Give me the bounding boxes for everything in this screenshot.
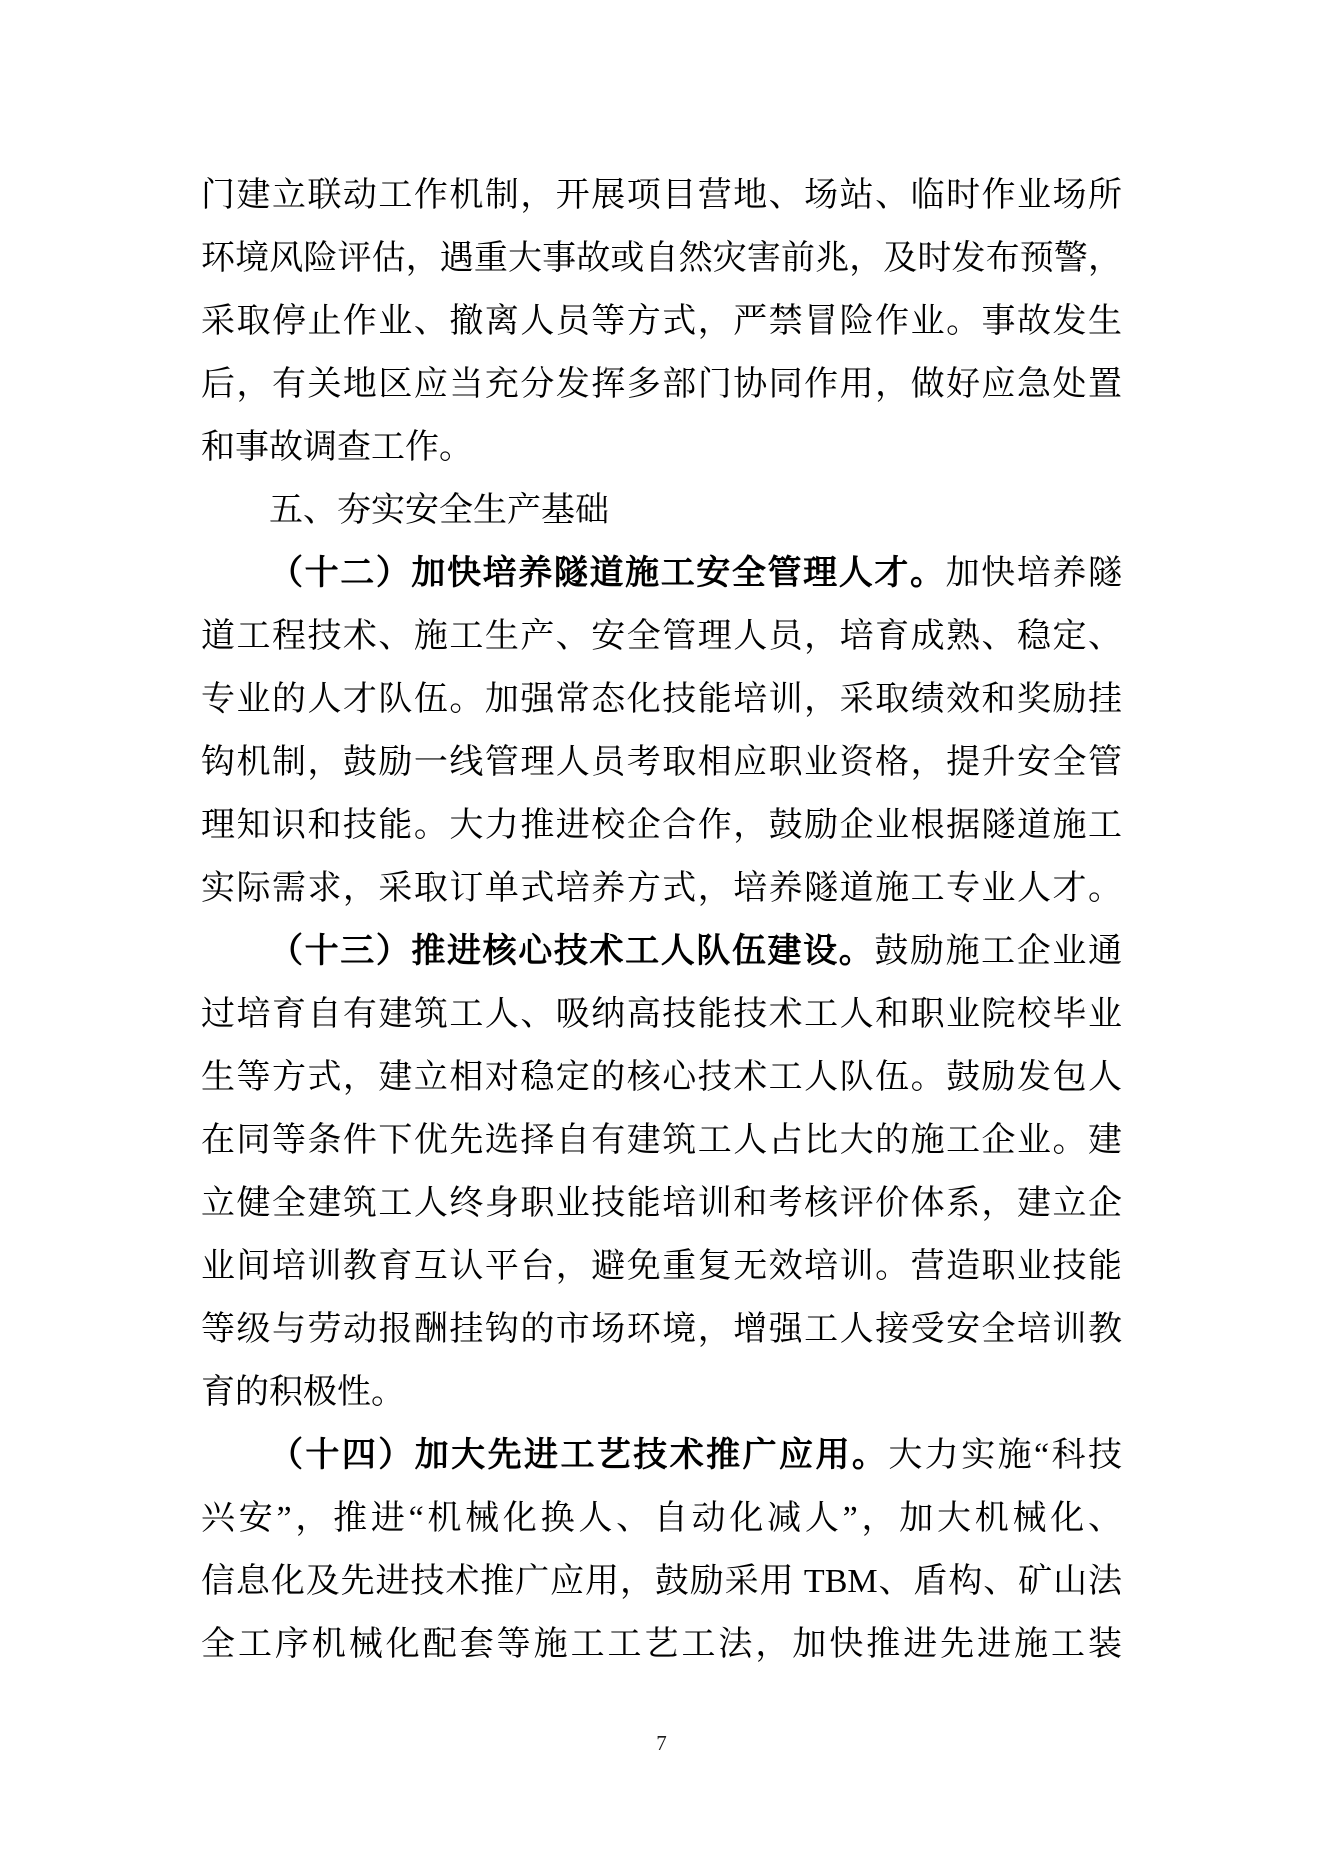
body-line: 生等方式，建立相对稳定的核心技术工人队伍。鼓励发包人 (201, 1046, 1122, 1109)
body-text: 专业的人才队伍。加强常态化技能培训，采取绩效和奖励挂 (201, 681, 1122, 718)
section-heading-text: 五、夯实安全生产基础 (269, 492, 609, 529)
body-line: 等级与劳动报酬挂钩的市场环境，增强工人接受安全培训教 (201, 1298, 1122, 1361)
body-line: 业间培训教育互认平台，避免重复无效培训。营造职业技能 (201, 1235, 1122, 1298)
body-line: 道工程技术、施工生产、安全管理人员，培育成熟、稳定、 (201, 605, 1122, 668)
body-line: 钩机制，鼓励一线管理人员考取相应职业资格，提升安全管 (201, 731, 1122, 794)
body-line: 和事故调查工作。 (201, 416, 1122, 479)
body-text: 大力实施“科技 (888, 1437, 1122, 1474)
body-text: 全工序机械化配套等施工工艺工法，加快推进先进施工装 (201, 1626, 1122, 1663)
body-text: 在同等条件下优先选择自有建筑工人占比大的施工企业。建 (201, 1122, 1122, 1159)
body-line: 在同等条件下优先选择自有建筑工人占比大的施工企业。建 (201, 1109, 1122, 1172)
section-heading: 五、夯实安全生产基础 (201, 479, 1122, 542)
body-text: 鼓励施工企业通 (874, 933, 1122, 970)
body-text: 过培育自有建筑工人、吸纳高技能技术工人和职业院校毕业 (201, 996, 1122, 1033)
clause-line: （十三）推进核心技术工人队伍建设。鼓励施工企业通 (201, 920, 1122, 983)
body-text: 业间培训教育互认平台，避免重复无效培训。营造职业技能 (201, 1248, 1122, 1285)
body-text: 生等方式，建立相对稳定的核心技术工人队伍。鼓励发包人 (201, 1059, 1122, 1096)
body-line: 育的积极性。 (201, 1361, 1122, 1424)
document-page: 门建立联动工作机制，开展项目营地、场站、临时作业场所 环境风险评估，遇重大事故或… (0, 0, 1323, 1871)
body-line: 后，有关地区应当充分发挥多部门协同作用，做好应急处置 (201, 353, 1122, 416)
clause-line: （十四）加大先进工艺技术推广应用。大力实施“科技 (201, 1424, 1122, 1487)
body-line: 信息化及先进技术推广应用，鼓励采用 TBM、盾构、矿山法 (201, 1550, 1122, 1613)
body-line: 门建立联动工作机制，开展项目营地、场站、临时作业场所 (201, 164, 1122, 227)
body-text: 环境风险评估，遇重大事故或自然灾害前兆，及时发布预警， (201, 240, 1122, 277)
body-text: 立健全建筑工人终身职业技能培训和考核评价体系，建立企 (201, 1185, 1122, 1222)
clause-line: （十二）加快培养隧道施工安全管理人才。加快培养隧 (201, 542, 1122, 605)
body-text: 钩机制，鼓励一线管理人员考取相应职业资格，提升安全管 (201, 744, 1122, 781)
body-line: 环境风险评估，遇重大事故或自然灾害前兆，及时发布预警， (201, 227, 1122, 290)
body-line: 理知识和技能。大力推进校企合作，鼓励企业根据隧道施工 (201, 794, 1122, 857)
body-line: 立健全建筑工人终身职业技能培训和考核评价体系，建立企 (201, 1172, 1122, 1235)
body-text: 兴安”，推进“机械化换人、自动化减人”，加大机械化、 (201, 1500, 1122, 1537)
body-text: 采取停止作业、撤离人员等方式，严禁冒险作业。事故发生 (201, 303, 1122, 340)
clause-title: （十三）推进核心技术工人队伍建设。 (269, 933, 874, 970)
clause-title: （十二）加快培养隧道施工安全管理人才。 (269, 555, 946, 592)
clause-title: （十四）加大先进工艺技术推广应用。 (269, 1437, 888, 1474)
body-text: 信息化及先进技术推广应用，鼓励采用 TBM、盾构、矿山法 (201, 1563, 1122, 1600)
body-line: 过培育自有建筑工人、吸纳高技能技术工人和职业院校毕业 (201, 983, 1122, 1046)
body-text: 门建立联动工作机制，开展项目营地、场站、临时作业场所 (201, 177, 1122, 214)
body-line: 兴安”，推进“机械化换人、自动化减人”，加大机械化、 (201, 1487, 1122, 1550)
body-text: 等级与劳动报酬挂钩的市场环境，增强工人接受安全培训教 (201, 1311, 1122, 1348)
body-text: 理知识和技能。大力推进校企合作，鼓励企业根据隧道施工 (201, 807, 1122, 844)
body-text: 和事故调查工作。 (201, 429, 473, 466)
body-line: 采取停止作业、撤离人员等方式，严禁冒险作业。事故发生 (201, 290, 1122, 353)
document-body: 门建立联动工作机制，开展项目营地、场站、临时作业场所 环境风险评估，遇重大事故或… (201, 164, 1122, 1676)
body-line: 实际需求，采取订单式培养方式，培养隧道施工专业人才。 (201, 857, 1122, 920)
body-text: 加快培养隧 (946, 555, 1122, 592)
body-text: 育的积极性。 (201, 1374, 405, 1411)
body-text: 实际需求，采取订单式培养方式，培养隧道施工专业人才。 (201, 870, 1122, 907)
body-text: 后，有关地区应当充分发挥多部门协同作用，做好应急处置 (201, 366, 1122, 403)
page-number: 7 (0, 1728, 1323, 1758)
body-line: 专业的人才队伍。加强常态化技能培训，采取绩效和奖励挂 (201, 668, 1122, 731)
body-line: 全工序机械化配套等施工工艺工法，加快推进先进施工装 (201, 1613, 1122, 1676)
body-text: 道工程技术、施工生产、安全管理人员，培育成熟、稳定、 (201, 618, 1122, 655)
